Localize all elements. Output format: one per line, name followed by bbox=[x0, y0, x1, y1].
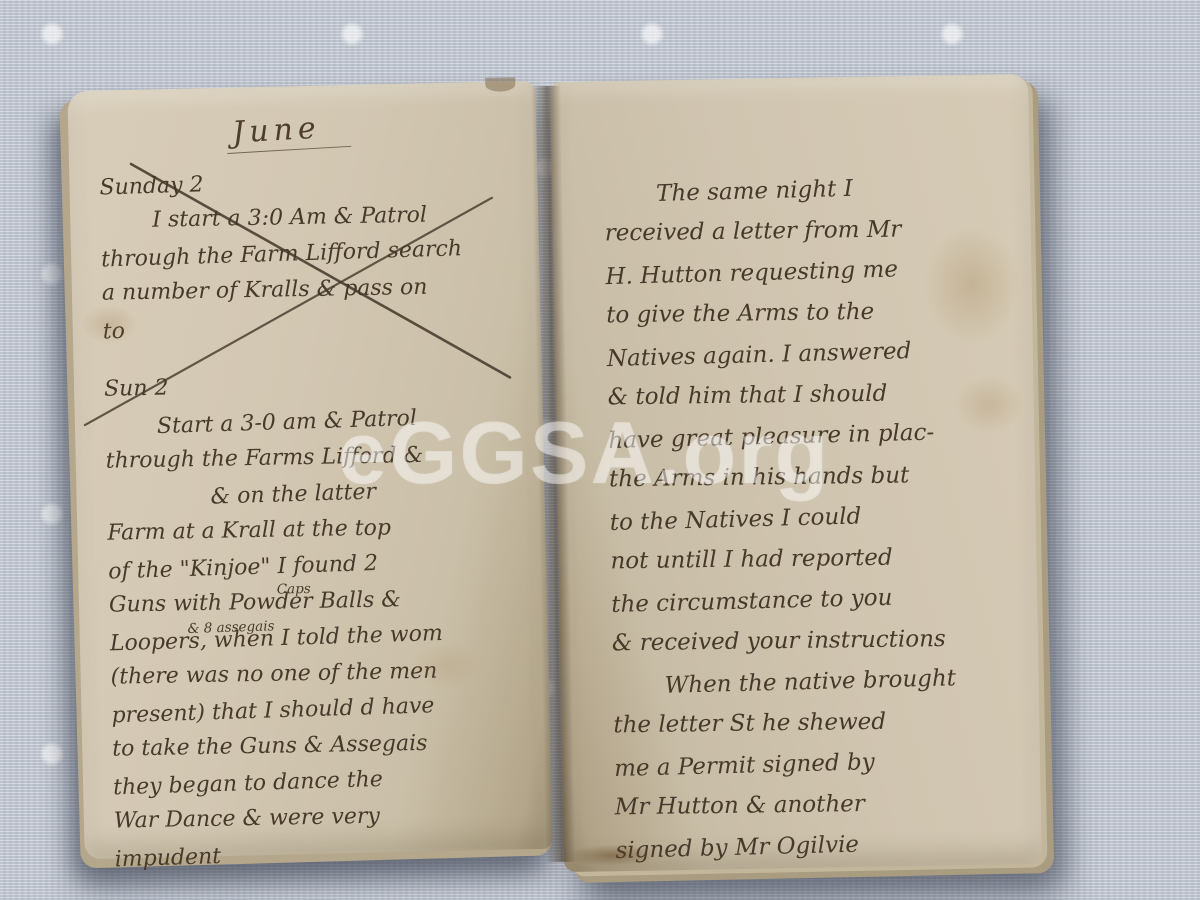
paper-tear bbox=[485, 77, 515, 92]
right-page: The same night Ireceived a letter from M… bbox=[550, 74, 1042, 872]
month-title: June bbox=[225, 109, 351, 154]
left-page: June Sunday 2I start a 3:0 Am & Patrolth… bbox=[67, 81, 552, 859]
left-page-lines: Sunday 2I start a 3:0 Am & Patrolthrough… bbox=[99, 159, 537, 876]
handwritten-line: signed by Mr Ogilvie bbox=[615, 820, 1028, 872]
superscript-insertion: & 8 assegais bbox=[187, 608, 275, 647]
photo-background: June Sunday 2I start a 3:0 Am & Patrolth… bbox=[0, 0, 1200, 900]
superscript-insertion: Caps bbox=[276, 571, 311, 608]
handwritten-line: When the native brought bbox=[664, 656, 1025, 706]
right-page-lines: The same night Ireceived a letter from M… bbox=[604, 166, 1028, 870]
handwritten-line: The same night I bbox=[656, 165, 1017, 215]
